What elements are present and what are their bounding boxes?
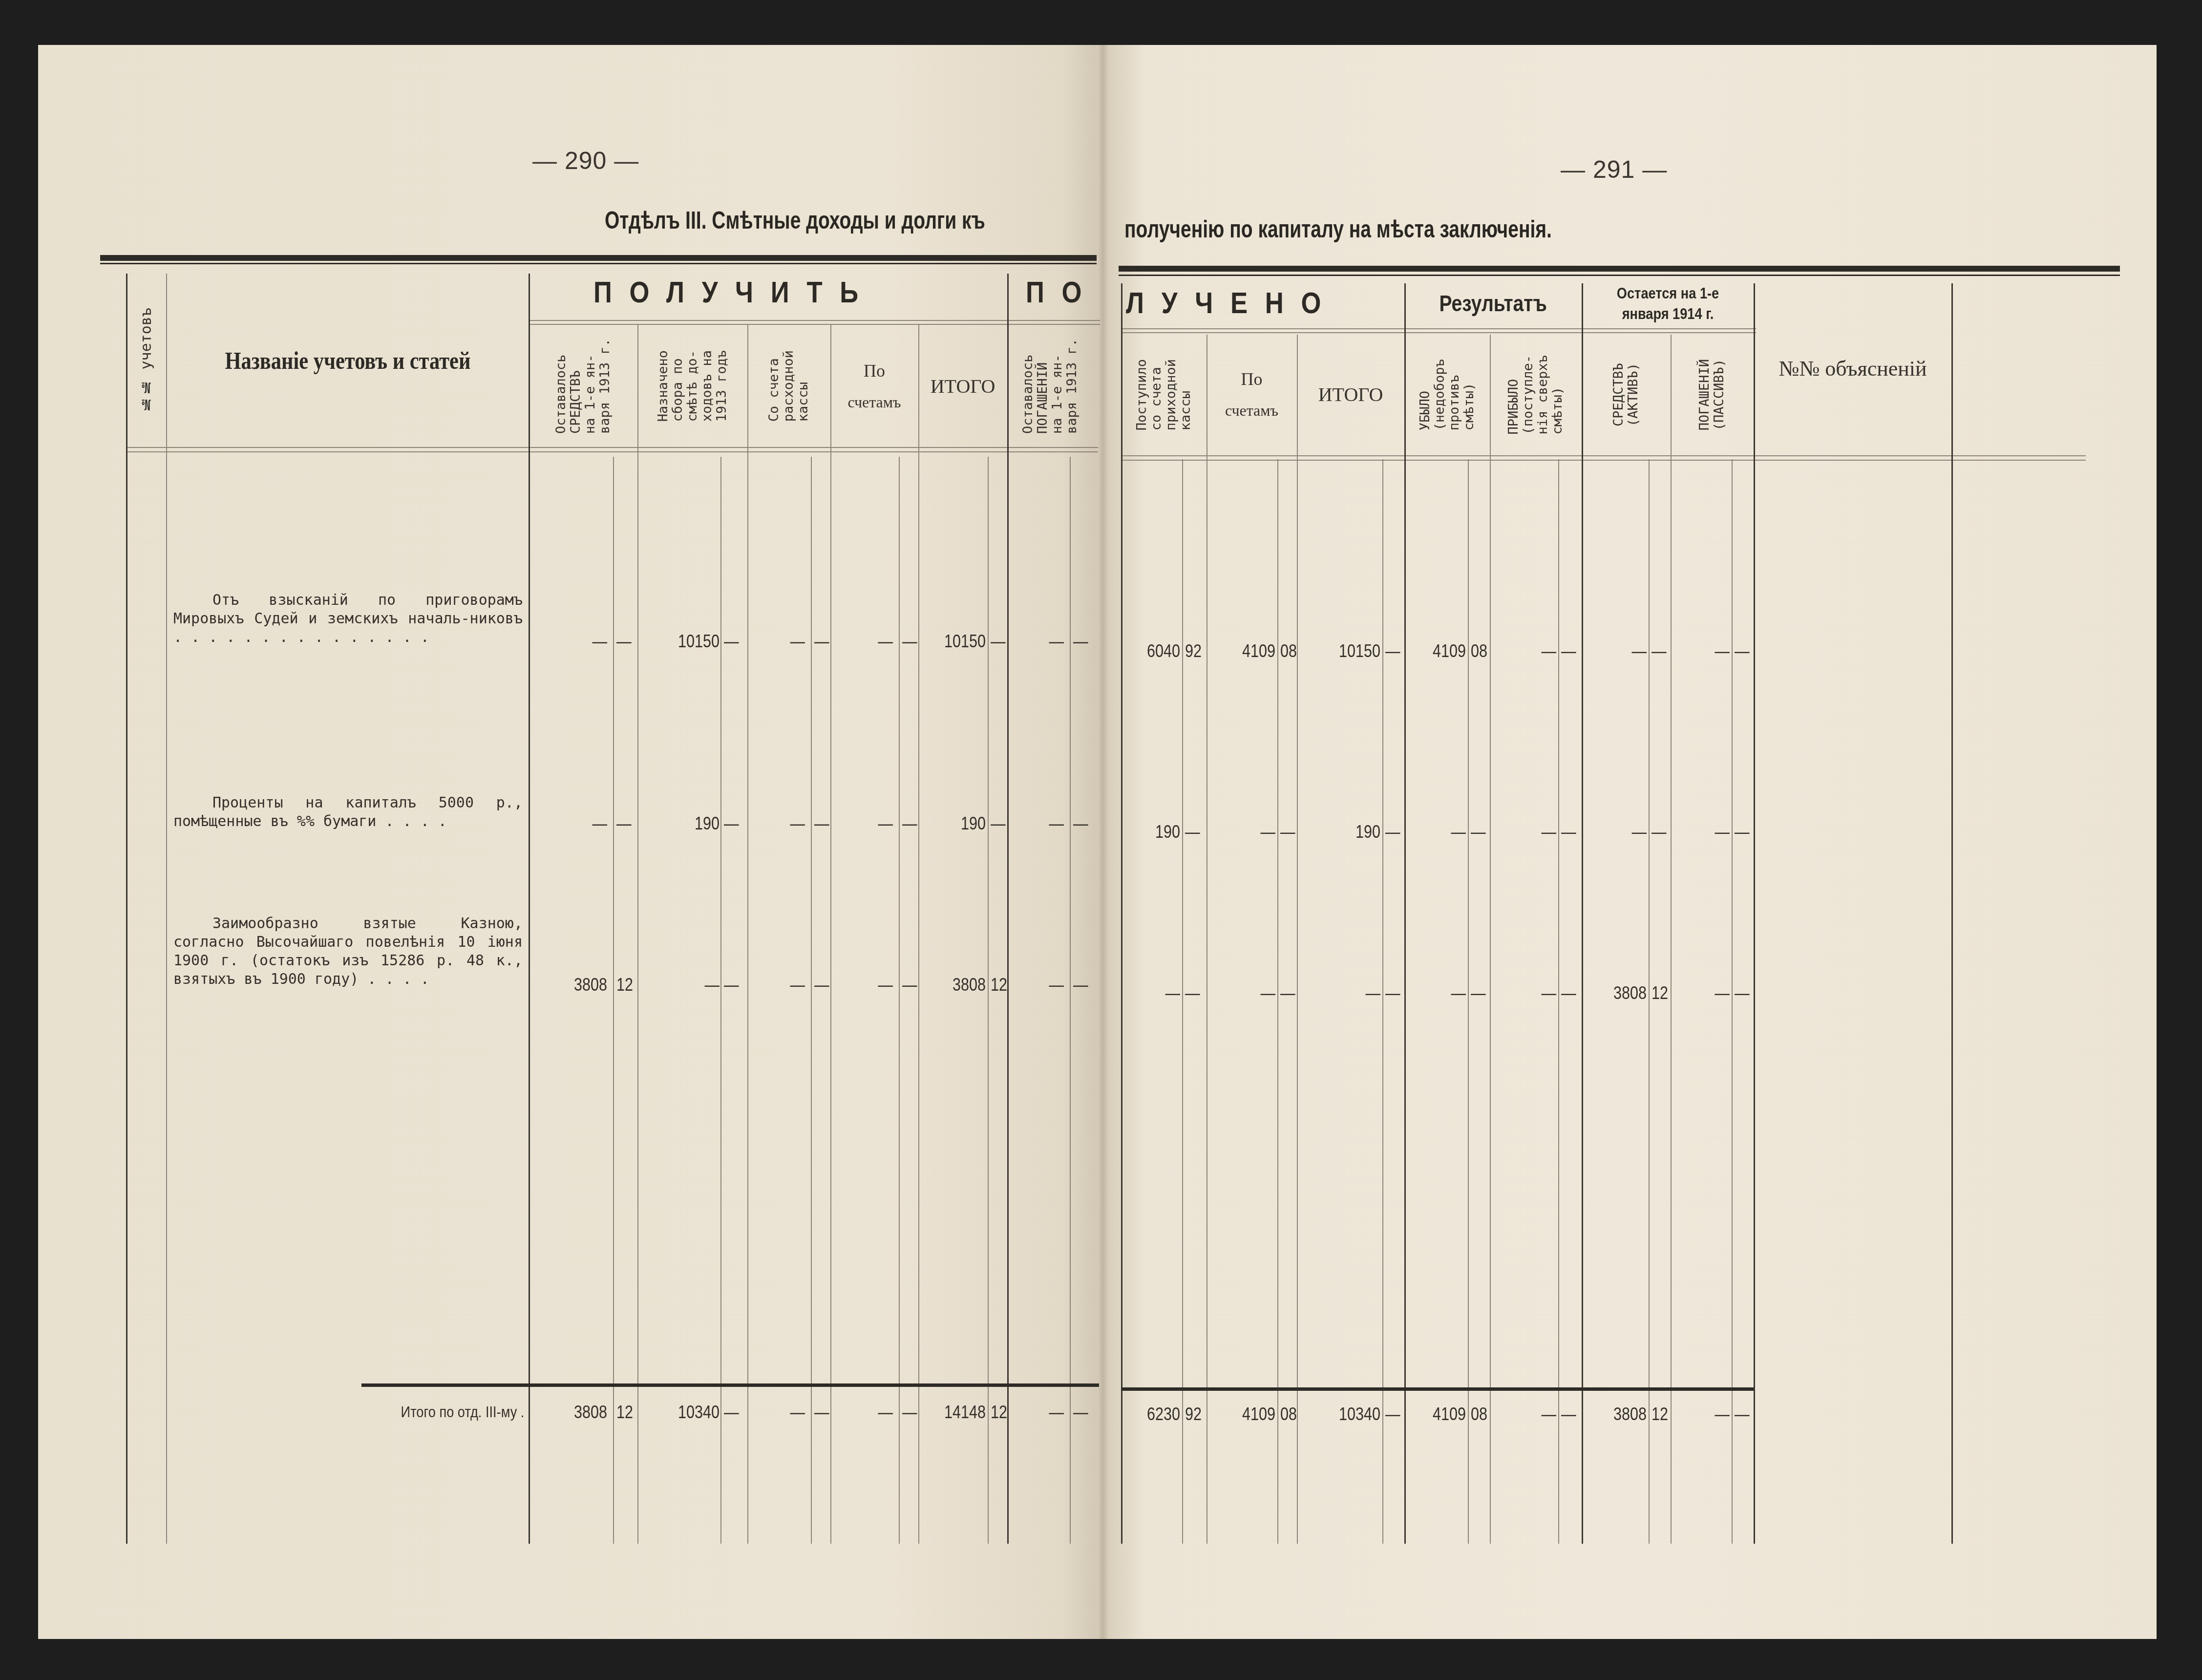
kop-divider bbox=[899, 457, 900, 1544]
header-bottom-rule-right-2 bbox=[1121, 460, 2086, 461]
kop-divider bbox=[1649, 459, 1650, 1544]
col-divider bbox=[637, 325, 638, 1544]
col-divider-name bbox=[529, 274, 530, 1544]
header-so-scheta-rask: Со счета расходной кассы bbox=[749, 326, 829, 446]
table-top-rule-left bbox=[100, 255, 1097, 261]
header-ost-sredstv: Оставалось СРЕДСТВЪ на 1-е ян- варя 1913… bbox=[530, 326, 636, 446]
header-po-schetam-1: По счетамъ bbox=[832, 326, 917, 446]
header-itogo-2: ИТОГО bbox=[1298, 335, 1403, 454]
table-top-rule-right-thin bbox=[1119, 275, 2120, 276]
col-divider bbox=[1207, 335, 1207, 1544]
header-band-receive: ПОЛУЧИТЬ bbox=[593, 275, 876, 310]
row-name-3: Заимообразно взятые Казною, согласно Выс… bbox=[173, 914, 523, 989]
totals-label: Итого по отд. III-му . bbox=[401, 1403, 524, 1421]
header-pogash-passiv: ПОГАШЕНІЙ (ПАССИВЪ) bbox=[1672, 335, 1752, 454]
section-title-left: Отдѣлъ III. Смѣтные доходы и долги къ bbox=[605, 206, 985, 234]
header-bottom-rule-right bbox=[1121, 455, 2086, 456]
col-divider-pogash-left bbox=[1007, 274, 1009, 1544]
header-bottom-rule-left bbox=[126, 447, 1098, 448]
table-border-right bbox=[1951, 283, 1953, 1544]
kop-divider bbox=[1732, 459, 1733, 1544]
kop-divider bbox=[988, 457, 989, 1544]
header-band-result: Результатъ bbox=[1406, 279, 1581, 327]
kop-divider bbox=[1382, 459, 1383, 1544]
kop-divider bbox=[811, 457, 812, 1544]
page-number-left: — 290 — bbox=[532, 147, 639, 175]
header-band-received-left: ПО bbox=[1026, 275, 1099, 310]
row-name-1: Отъ взысканій по приговорамъ Мировыхъ Су… bbox=[173, 591, 523, 647]
header-col-explanations: №№ объясненій bbox=[1756, 283, 1950, 454]
col-divider bbox=[830, 325, 831, 1544]
header-bottom-rule-left-2 bbox=[126, 451, 1098, 452]
header-band-rule-right bbox=[1121, 328, 1756, 329]
col-divider bbox=[1490, 335, 1491, 1544]
header-ubylo: УБЫЛО (недоборъ противъ смѣты) bbox=[1406, 335, 1488, 454]
kop-divider bbox=[1558, 459, 1559, 1544]
col-divider bbox=[918, 325, 919, 1544]
header-sredstv-aktiv: СРЕДСТВЪ (АКТИВЪ) bbox=[1583, 335, 1669, 454]
kop-divider bbox=[613, 457, 614, 1544]
kop-divider bbox=[1182, 459, 1183, 1544]
col-divider-right-start bbox=[1121, 283, 1122, 1544]
col-divider bbox=[1297, 335, 1298, 1544]
header-postupilo: Поступило со счета приходной кассы bbox=[1122, 335, 1205, 454]
totals-rule-left bbox=[361, 1383, 1099, 1387]
col-divider-explanations bbox=[1754, 283, 1755, 1544]
header-band-remains: Остается на 1-е января 1914 г. bbox=[1583, 279, 1753, 327]
row-name-2: Проценты на капиталъ 5000 р., помѣщенные… bbox=[173, 794, 523, 831]
header-band-rule-left-2 bbox=[529, 324, 1100, 325]
col-divider-num bbox=[166, 274, 167, 1544]
kop-divider bbox=[1070, 457, 1071, 1544]
header-itogo-1: ИТОГО bbox=[920, 326, 1006, 446]
table-top-rule-right bbox=[1119, 266, 2120, 272]
col-divider bbox=[747, 325, 748, 1544]
header-po-schetam-2: По счетамъ bbox=[1208, 335, 1295, 454]
col-divider bbox=[1671, 335, 1672, 1544]
totals-rule-right bbox=[1121, 1387, 1754, 1391]
header-band-rule-right-2 bbox=[1121, 332, 1756, 333]
header-ost-pogash: Оставалось ПОГАШЕНІЙ на 1-е ян- варя 191… bbox=[1009, 326, 1091, 446]
section-title-right: полученію по капиталу на мѣста заключені… bbox=[1124, 215, 1552, 243]
table-top-rule-left-thin bbox=[100, 263, 1097, 264]
col-divider-result bbox=[1404, 283, 1406, 1544]
col-divider-remains bbox=[1582, 283, 1583, 1544]
header-col-name: Названіе учетовъ и статей bbox=[168, 274, 528, 447]
header-band-received-right: ЛУЧЕНО bbox=[1126, 286, 1338, 320]
page-number-right: — 291 — bbox=[1561, 155, 1667, 184]
header-band-rule-left bbox=[529, 320, 1100, 321]
header-pribylo: ПРИБЫЛО (поступле- нія сверхъ смѣты) bbox=[1491, 335, 1580, 454]
header-col-num: №№ учетовъ bbox=[128, 274, 165, 447]
table-border-left bbox=[126, 274, 127, 1544]
kop-divider bbox=[720, 457, 721, 1544]
header-naznacheno: Назначено сбора по смѣтѣ до- ходовъ на 1… bbox=[639, 326, 746, 446]
kop-divider bbox=[1277, 459, 1278, 1544]
kop-divider bbox=[1468, 459, 1469, 1544]
